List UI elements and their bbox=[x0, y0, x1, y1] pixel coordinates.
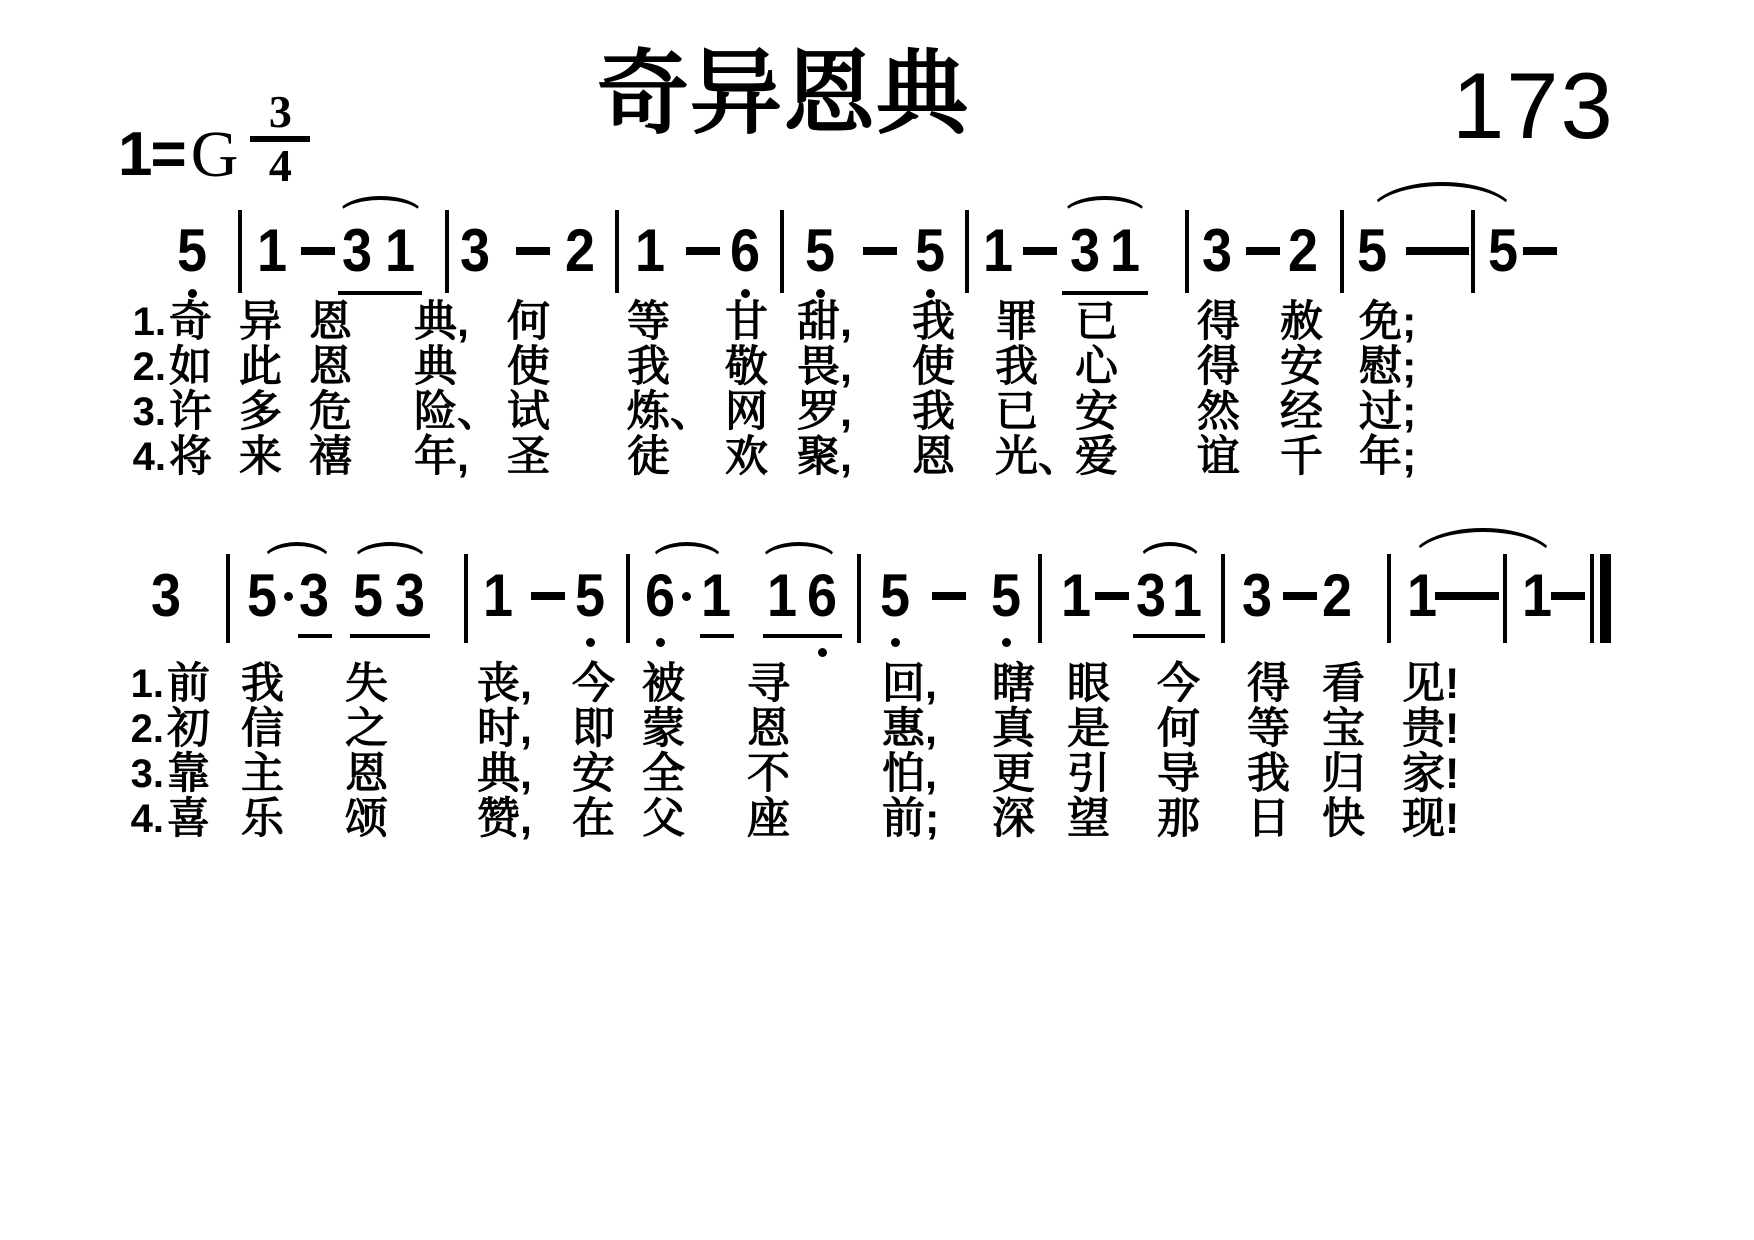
lyric-syllable: 座 bbox=[747, 796, 790, 842]
lyric-syllable: 如 bbox=[169, 344, 212, 390]
note-digit: 2 bbox=[1322, 566, 1352, 626]
barline bbox=[965, 210, 969, 293]
eighth-underline bbox=[763, 634, 842, 638]
barline bbox=[1471, 210, 1475, 293]
lyric-syllable: 赞, bbox=[477, 796, 532, 842]
lyric-syllable: 前; bbox=[882, 796, 939, 842]
lyric-syllable: 引 bbox=[1067, 751, 1110, 797]
lyric-syllable: 安 bbox=[572, 751, 615, 797]
note-digit: 1 bbox=[635, 221, 665, 281]
lyric-syllable: 快 bbox=[1322, 796, 1365, 842]
lyric-syllable: 畏, bbox=[797, 344, 852, 390]
lyric-syllable: 导 bbox=[1157, 751, 1200, 797]
note-digit: 3 bbox=[1136, 566, 1166, 626]
note-digit: 5 bbox=[991, 566, 1021, 626]
note-digit: 3 bbox=[395, 566, 425, 626]
lyric-syllable: 等 bbox=[1247, 706, 1290, 752]
barline bbox=[445, 210, 449, 293]
lyric-syllable: 已 bbox=[1075, 299, 1118, 345]
note-digit: 5 bbox=[1488, 221, 1518, 281]
lyric-syllable: 是 bbox=[1067, 706, 1110, 752]
verse-number: 3. bbox=[96, 389, 166, 435]
octave-dot bbox=[586, 638, 595, 647]
duration-dash bbox=[301, 247, 335, 255]
lyric-syllable: 得 bbox=[1197, 299, 1240, 345]
note-digit: 3 bbox=[299, 566, 329, 626]
lyric-syllable: 我 bbox=[995, 344, 1038, 390]
lyric-syllable: 乐 bbox=[241, 796, 284, 842]
lyric-syllable: 然 bbox=[1197, 389, 1240, 435]
duration-dash bbox=[1023, 247, 1057, 255]
lyric-syllable: 许 bbox=[169, 389, 212, 435]
lyric-syllable: 异 bbox=[239, 299, 282, 345]
lyric-syllable: 宝 bbox=[1322, 706, 1365, 752]
barline bbox=[780, 210, 784, 293]
note-digit: 2 bbox=[1288, 221, 1318, 281]
duration-dash bbox=[1435, 592, 1469, 600]
lyric-syllable: 安 bbox=[1280, 344, 1323, 390]
lyric-syllable: 我 bbox=[912, 299, 955, 345]
note-digit: 1 bbox=[257, 221, 287, 281]
note-digit: 2 bbox=[565, 221, 595, 281]
note-digit: 6 bbox=[807, 566, 837, 626]
note-digit: 1 bbox=[385, 221, 415, 281]
lyric-syllable: 安 bbox=[1075, 389, 1118, 435]
lyric-syllable: 恩 bbox=[747, 706, 790, 752]
note-digit: 5 bbox=[880, 566, 910, 626]
eighth-underline bbox=[1062, 291, 1148, 295]
lyric-syllable: 今 bbox=[572, 661, 615, 707]
slur-arc bbox=[262, 542, 332, 562]
slur-arc bbox=[760, 542, 838, 562]
lyric-syllable: 怕, bbox=[882, 751, 937, 797]
lyric-syllable: 敬 bbox=[725, 344, 768, 390]
lyric-syllable: 蒙 bbox=[642, 706, 685, 752]
lyric-syllable: 罪 bbox=[995, 299, 1038, 345]
lyric-syllable: 禧 bbox=[309, 434, 352, 480]
barline bbox=[1185, 210, 1189, 293]
lyric-syllable: 看 bbox=[1322, 661, 1365, 707]
lyric-syllable: 瞎 bbox=[992, 661, 1035, 707]
lyric-syllable: 现! bbox=[1402, 796, 1459, 842]
note-digit: 5 bbox=[353, 566, 383, 626]
note-digit: 1 bbox=[983, 221, 1013, 281]
note-digit: 5 bbox=[805, 221, 835, 281]
barline bbox=[615, 210, 619, 293]
lyric-syllable: 眼 bbox=[1067, 661, 1110, 707]
lyric-syllable: 之 bbox=[345, 706, 388, 752]
lyric-syllable: 危 bbox=[309, 389, 352, 435]
lyric-syllable: 典 bbox=[414, 344, 457, 390]
lyric-syllable: 我 bbox=[1247, 751, 1290, 797]
note-digit: 5 bbox=[177, 221, 207, 281]
duration-dash bbox=[1283, 592, 1317, 600]
sheet-music-page: 1= G 3 4 奇异恩典 173 513132165513132551.奇异恩… bbox=[0, 0, 1754, 1240]
lyric-syllable: 使 bbox=[507, 344, 550, 390]
tie-arc bbox=[1368, 182, 1516, 216]
lyric-syllable: 网 bbox=[725, 389, 768, 435]
lyric-syllable: 光、 bbox=[995, 434, 1081, 480]
lyric-syllable: 喜 bbox=[167, 796, 210, 842]
time-signature-numerator: 3 bbox=[269, 90, 292, 134]
slur-arc bbox=[352, 542, 428, 562]
note-digit: 1 bbox=[483, 566, 513, 626]
slur-arc bbox=[650, 542, 724, 562]
lyric-syllable: 奇 bbox=[169, 299, 212, 345]
note-digit: 5 bbox=[247, 566, 277, 626]
lyric-syllable: 贵! bbox=[1402, 706, 1459, 752]
lyric-syllable: 慰; bbox=[1359, 344, 1416, 390]
verse-number: 2. bbox=[96, 344, 166, 390]
eighth-underline bbox=[338, 291, 422, 295]
lyric-syllable: 恩 bbox=[309, 344, 352, 390]
octave-dot bbox=[818, 648, 827, 657]
note-digit: 3 bbox=[1242, 566, 1272, 626]
lyric-syllable: 免; bbox=[1359, 299, 1416, 345]
lyric-syllable: 年; bbox=[1359, 434, 1416, 480]
lyric-syllable: 险、 bbox=[414, 389, 500, 435]
octave-dot bbox=[1002, 638, 1011, 647]
lyric-syllable: 何 bbox=[507, 299, 550, 345]
lyric-syllable: 即 bbox=[572, 706, 615, 752]
octave-dot bbox=[926, 289, 935, 298]
octave-dot bbox=[891, 638, 900, 647]
barline bbox=[226, 554, 230, 643]
note-digit: 6 bbox=[645, 566, 675, 626]
note-digit: 1 bbox=[1172, 566, 1202, 626]
lyric-syllable: 赦 bbox=[1280, 299, 1323, 345]
lyric-syllable: 失 bbox=[345, 661, 388, 707]
lyric-syllable: 典, bbox=[477, 751, 532, 797]
duration-dash bbox=[1095, 592, 1129, 600]
lyric-syllable: 望 bbox=[1067, 796, 1110, 842]
duration-dash bbox=[1246, 247, 1280, 255]
lyric-syllable: 那 bbox=[1157, 796, 1200, 842]
lyric-syllable: 欢 bbox=[725, 434, 768, 480]
lyric-syllable: 得 bbox=[1197, 344, 1240, 390]
lyric-syllable: 前 bbox=[167, 661, 210, 707]
barline bbox=[1340, 210, 1344, 293]
lyric-syllable: 年, bbox=[414, 434, 469, 480]
lyric-syllable: 不 bbox=[747, 751, 790, 797]
lyric-syllable: 家! bbox=[1402, 751, 1459, 797]
lyric-syllable: 初 bbox=[167, 706, 210, 752]
lyric-syllable: 徒 bbox=[627, 434, 670, 480]
note-digit: 5 bbox=[1357, 221, 1387, 281]
lyric-syllable: 今 bbox=[1157, 661, 1200, 707]
time-signature-denominator: 4 bbox=[269, 144, 292, 188]
barline bbox=[1038, 554, 1042, 643]
lyric-syllable: 心 bbox=[1075, 344, 1118, 390]
note-digit: 1 bbox=[1522, 566, 1552, 626]
lyric-syllable: 聚, bbox=[797, 434, 852, 480]
duration-dash bbox=[932, 592, 966, 600]
lyric-syllable: 日 bbox=[1247, 796, 1290, 842]
note-digit: 1 bbox=[1061, 566, 1091, 626]
eighth-underline bbox=[1133, 634, 1205, 638]
duration-dash bbox=[516, 247, 550, 255]
lyric-syllable: 典, bbox=[414, 299, 469, 345]
octave-dot bbox=[816, 289, 825, 298]
verse-number: 1. bbox=[96, 299, 166, 345]
verse-number: 4. bbox=[96, 434, 166, 480]
lyric-syllable: 爱 bbox=[1075, 434, 1118, 480]
barline bbox=[238, 210, 242, 293]
verse-number: 4. bbox=[94, 796, 164, 842]
lyric-syllable: 恩 bbox=[912, 434, 955, 480]
lyric-syllable: 寻 bbox=[747, 661, 790, 707]
lyric-syllable: 深 bbox=[992, 796, 1035, 842]
duration-dash bbox=[1465, 592, 1499, 600]
lyric-syllable: 回, bbox=[882, 661, 937, 707]
lyric-syllable: 得 bbox=[1247, 661, 1290, 707]
note-digit: 6 bbox=[730, 221, 760, 281]
slur-arc bbox=[337, 196, 424, 216]
lyric-syllable: 何 bbox=[1157, 706, 1200, 752]
lyric-syllable: 千 bbox=[1280, 434, 1323, 480]
lyric-syllable: 我 bbox=[241, 661, 284, 707]
octave-dot bbox=[656, 638, 665, 647]
key-note: G bbox=[191, 122, 239, 188]
lyric-syllable: 惠, bbox=[882, 706, 937, 752]
lyric-syllable: 我 bbox=[912, 389, 955, 435]
eighth-underline bbox=[350, 634, 430, 638]
eighth-underline bbox=[700, 634, 734, 638]
barline bbox=[857, 554, 861, 643]
lyric-syllable: 来 bbox=[239, 434, 282, 480]
lyric-syllable: 颂 bbox=[345, 796, 388, 842]
verse-number: 1. bbox=[94, 661, 164, 707]
slur-arc bbox=[1138, 542, 1202, 562]
duration-dash bbox=[1551, 592, 1585, 600]
rhythm-dot bbox=[682, 592, 691, 601]
lyric-syllable: 罗, bbox=[797, 389, 852, 435]
final-barline-thin bbox=[1590, 554, 1594, 643]
key-signature: 1= G 3 4 bbox=[118, 88, 310, 188]
lyric-syllable: 等 bbox=[627, 299, 670, 345]
key-prefix: 1= bbox=[118, 124, 185, 186]
lyric-syllable: 见! bbox=[1402, 661, 1459, 707]
duration-dash bbox=[1435, 247, 1469, 255]
note-digit: 1 bbox=[1407, 566, 1437, 626]
lyric-syllable: 主 bbox=[241, 751, 284, 797]
note-digit: 3 bbox=[342, 221, 372, 281]
lyric-syllable: 圣 bbox=[507, 434, 550, 480]
lyric-syllable: 此 bbox=[239, 344, 282, 390]
lyric-syllable: 更 bbox=[992, 751, 1035, 797]
lyric-syllable: 炼、 bbox=[627, 389, 713, 435]
octave-dot bbox=[741, 289, 750, 298]
duration-dash bbox=[1523, 247, 1557, 255]
barline bbox=[626, 554, 630, 643]
lyric-syllable: 过; bbox=[1359, 389, 1416, 435]
lyric-syllable: 试 bbox=[507, 389, 550, 435]
lyric-syllable: 父 bbox=[642, 796, 685, 842]
lyric-syllable: 我 bbox=[627, 344, 670, 390]
lyric-syllable: 丧, bbox=[477, 661, 532, 707]
note-digit: 1 bbox=[1110, 221, 1140, 281]
verse-number: 2. bbox=[94, 706, 164, 752]
note-digit: 3 bbox=[1070, 221, 1100, 281]
note-digit: 5 bbox=[575, 566, 605, 626]
lyric-syllable: 真 bbox=[992, 706, 1035, 752]
note-digit: 3 bbox=[460, 221, 490, 281]
lyric-syllable: 多 bbox=[239, 389, 282, 435]
time-signature: 3 4 bbox=[250, 90, 310, 188]
barline bbox=[1503, 554, 1507, 643]
lyric-syllable: 谊 bbox=[1197, 434, 1240, 480]
hymn-number: 173 bbox=[1452, 58, 1615, 154]
lyric-syllable: 在 bbox=[572, 796, 615, 842]
lyric-syllable: 甜, bbox=[797, 299, 852, 345]
barline bbox=[1221, 554, 1225, 643]
duration-dash bbox=[686, 247, 720, 255]
lyric-syllable: 已 bbox=[995, 389, 1038, 435]
barline bbox=[1387, 554, 1391, 643]
lyric-syllable: 被 bbox=[642, 661, 685, 707]
lyric-syllable: 信 bbox=[241, 706, 284, 752]
song-title: 奇异恩典 bbox=[597, 46, 967, 142]
slur-arc bbox=[1062, 196, 1148, 216]
duration-dash bbox=[531, 592, 565, 600]
lyric-syllable: 恩 bbox=[345, 751, 388, 797]
octave-dot bbox=[188, 289, 197, 298]
lyric-syllable: 靠 bbox=[167, 751, 210, 797]
lyric-syllable: 恩 bbox=[309, 299, 352, 345]
final-barline-thick bbox=[1600, 554, 1611, 643]
lyric-syllable: 将 bbox=[169, 434, 212, 480]
lyric-syllable: 使 bbox=[912, 344, 955, 390]
lyric-syllable: 甘 bbox=[725, 299, 768, 345]
lyric-syllable: 经 bbox=[1280, 389, 1323, 435]
barline bbox=[464, 554, 468, 643]
duration-dash bbox=[863, 247, 897, 255]
tie-arc bbox=[1410, 528, 1556, 562]
lyric-syllable: 归 bbox=[1322, 751, 1365, 797]
note-digit: 1 bbox=[767, 566, 797, 626]
note-digit: 3 bbox=[151, 566, 181, 626]
note-digit: 5 bbox=[915, 221, 945, 281]
note-digit: 1 bbox=[701, 566, 731, 626]
lyric-syllable: 全 bbox=[642, 751, 685, 797]
lyric-syllable: 时, bbox=[477, 706, 532, 752]
eighth-underline bbox=[298, 634, 332, 638]
rhythm-dot bbox=[284, 592, 293, 601]
verse-number: 3. bbox=[94, 751, 164, 797]
note-digit: 3 bbox=[1202, 221, 1232, 281]
